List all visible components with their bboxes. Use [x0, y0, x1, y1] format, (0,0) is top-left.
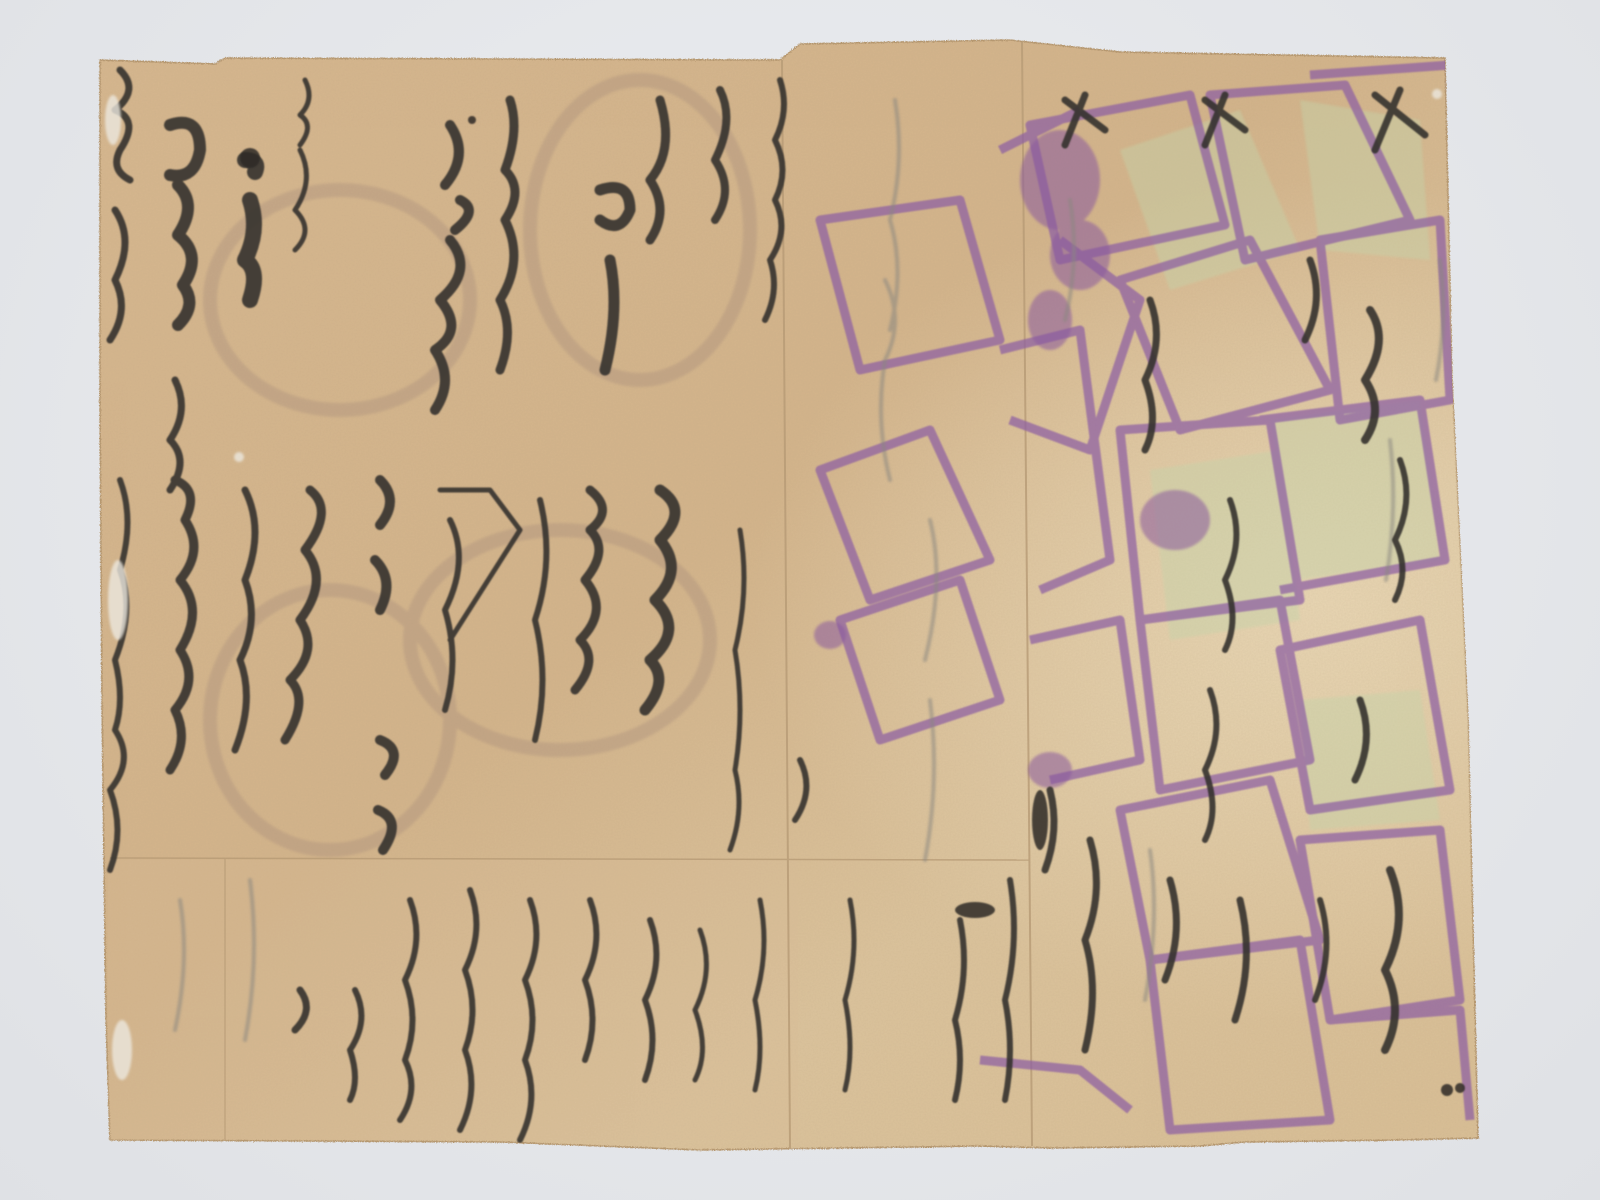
- photo-stage: Antique Japanese handwritten manuscript …: [0, 0, 1600, 1200]
- manuscript-sheet: [0, 0, 1600, 1200]
